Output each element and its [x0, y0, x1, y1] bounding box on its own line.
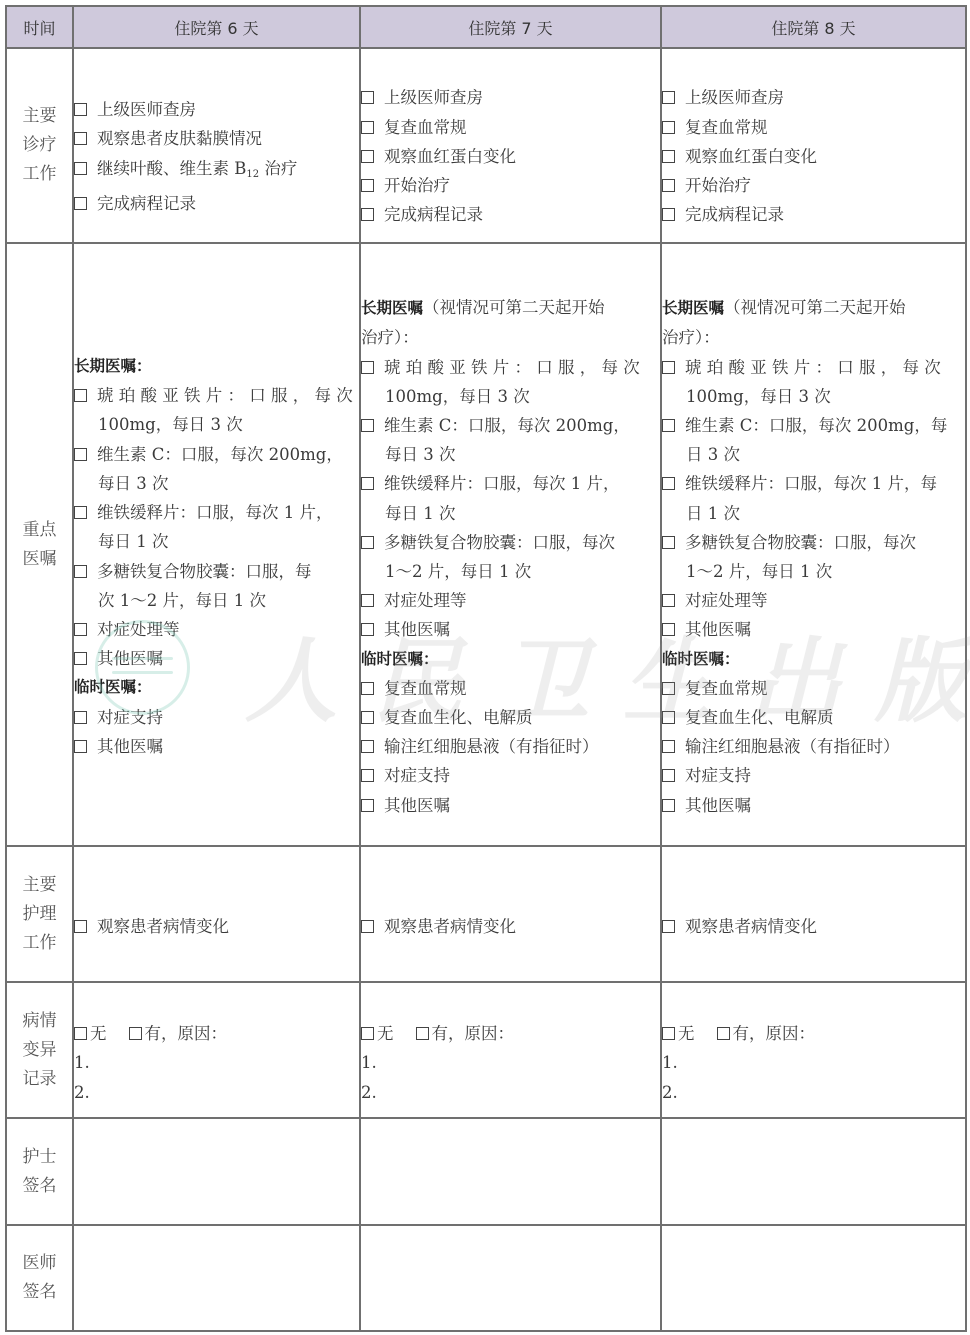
doctor-signature-day8[interactable]: [661, 1225, 966, 1331]
checkbox[interactable]: [662, 477, 675, 490]
order-item: 维铁缓释片：口服，每次 1 片，每日 1 次: [74, 498, 359, 556]
label-line: 主要: [7, 102, 72, 131]
item-text: 治疗: [259, 159, 297, 178]
checkbox[interactable]: [662, 91, 675, 104]
checkbox[interactable]: [74, 711, 87, 724]
checkbox[interactable]: [74, 389, 87, 402]
checkbox[interactable]: [361, 179, 374, 192]
checklist-item: 观察患者病情变化: [361, 912, 660, 941]
label-line: 病情: [7, 1007, 72, 1036]
order-item: 维铁缓释片：口服，每次 1 片，每日 1 次: [662, 469, 965, 527]
cell-main-diagnosis-day7: 上级医师查房 复查血常规 观察血红蛋白变化 开始治疗 完成病程记录: [360, 48, 661, 243]
item-text: 琥 珀 酸 亚 铁 片 ： 口 服 ， 每 次: [97, 386, 353, 405]
order-item: 其他医嘱: [662, 791, 965, 820]
item-text: 复查血常规: [384, 118, 467, 137]
checkbox[interactable]: [74, 652, 87, 665]
checklist-item: 上级医师查房: [662, 83, 965, 112]
item-text: 1～2 片，每日 1 次: [385, 562, 531, 581]
heading-note: （视情况可第二天起开始: [724, 298, 906, 317]
checkbox[interactable]: [361, 920, 374, 933]
reason-line-2[interactable]: 2.: [74, 1078, 359, 1107]
row-label-main-diagnosis: 主要 诊疗 工作: [6, 48, 73, 243]
item-text: 琥 珀 酸 亚 铁 片 ： 口 服 ， 每 次: [685, 358, 941, 377]
item-text: 1～2 片，每日 1 次: [686, 562, 832, 581]
cell-nursing-day7: 观察患者病情变化: [360, 846, 661, 982]
checkbox[interactable]: [361, 711, 374, 724]
row-nurse-signature: 护士 签名: [6, 1118, 966, 1225]
row-label-doctor-signature: 医师 签名: [6, 1225, 73, 1331]
checkbox-none[interactable]: [662, 1027, 675, 1040]
checkbox[interactable]: [361, 361, 374, 374]
order-item: 维生素 C：口服，每次 200mg，每日 3 次: [662, 411, 965, 469]
option-yes-label: 有，原因：: [432, 1024, 515, 1043]
temporary-orders-heading: 临时医嘱：: [74, 673, 359, 702]
order-item: 对症处理等: [361, 586, 660, 615]
checkbox[interactable]: [361, 623, 374, 636]
order-item: 复查血生化、电解质: [361, 703, 660, 732]
checklist-item: 上级医师查房: [74, 95, 359, 124]
checkbox-none[interactable]: [74, 1027, 87, 1040]
item-text: 其他医嘱: [384, 796, 450, 815]
variance-options: 无有，原因：: [74, 1019, 359, 1048]
label-line: 签名: [7, 1172, 72, 1201]
label-line: 工作: [7, 929, 72, 958]
heading-note: （视情况可第二天起开始: [423, 298, 605, 317]
nurse-signature-day6[interactable]: [73, 1118, 360, 1225]
checkbox[interactable]: [361, 594, 374, 607]
reason-line-1[interactable]: 1.: [74, 1048, 359, 1077]
header-row: 时间 住院第 6 天 住院第 7 天 住院第 8 天: [6, 6, 966, 48]
header-day-8: 住院第 8 天: [661, 6, 966, 48]
checkbox[interactable]: [74, 623, 87, 636]
order-item: 输注红细胞悬液（有指征时）: [662, 732, 965, 761]
checkbox[interactable]: [662, 799, 675, 812]
long-term-orders-heading: 长期医嘱（视情况可第二天起开始: [361, 293, 660, 323]
item-text: 每日 3 次: [98, 474, 169, 493]
item-text: 维铁缓释片：口服，每次 1 片，: [97, 503, 333, 522]
item-text: 100mg，每日 3 次: [686, 387, 831, 406]
checklist-item: 上级医师查房: [361, 83, 660, 112]
row-label-variance: 病情 变异 记录: [6, 982, 73, 1118]
order-item: 复查血生化、电解质: [662, 703, 965, 732]
item-text: 100mg，每日 3 次: [98, 415, 243, 434]
item-text: 多糖铁复合物胶囊：口服，每: [97, 562, 312, 581]
order-item: 复查血常规: [361, 674, 660, 703]
checkbox[interactable]: [662, 594, 675, 607]
checkbox[interactable]: [74, 103, 87, 116]
item-text: 观察患者病情变化: [384, 917, 516, 936]
label-line: 工作: [7, 160, 72, 189]
long-term-orders-heading: 长期医嘱：: [74, 352, 359, 381]
checkbox[interactable]: [74, 132, 87, 145]
checkbox[interactable]: [662, 150, 675, 163]
row-variance: 病情 变异 记录 无有，原因： 1. 2. 无有，原因： 1. 2. 无有，原因…: [6, 982, 966, 1118]
order-item: 对症支持: [74, 703, 359, 732]
subscript: 12: [246, 169, 259, 180]
checklist-item: 复查血常规: [662, 113, 965, 142]
reason-line-2[interactable]: 2.: [662, 1078, 965, 1107]
cell-main-diagnosis-day6: 上级医师查房 观察患者皮肤黏膜情况 继续叶酸、维生素 B12 治疗 完成病程记录: [73, 48, 360, 243]
nurse-signature-day7[interactable]: [360, 1118, 661, 1225]
label-line: 主要: [7, 871, 72, 900]
reason-line-1[interactable]: 1.: [361, 1048, 660, 1077]
checkbox[interactable]: [361, 682, 374, 695]
item-text: 对症处理等: [685, 591, 768, 610]
label-line: 护理: [7, 900, 72, 929]
row-label-key-orders: 重点 医嘱: [6, 243, 73, 846]
order-item: 多糖铁复合物胶囊：口服，每次 1～2 片，每日 1 次: [74, 557, 359, 615]
heading-text: 长期医嘱: [662, 299, 724, 317]
item-text: 维生素 C：口服，每次 200mg，每: [685, 416, 947, 435]
checkbox[interactable]: [662, 623, 675, 636]
label-line: 记录: [7, 1065, 72, 1094]
checkbox[interactable]: [662, 208, 675, 221]
temporary-orders-heading: 临时医嘱：: [361, 645, 660, 674]
order-item: 对症处理等: [662, 586, 965, 615]
long-term-orders-heading: 长期医嘱（视情况可第二天起开始: [662, 293, 965, 323]
nurse-signature-day8[interactable]: [661, 1118, 966, 1225]
variance-options: 无有，原因：: [662, 1019, 965, 1048]
item-text: 每日 1 次: [98, 532, 169, 551]
label-line: 医嘱: [7, 545, 72, 574]
item-text: 其他医嘱: [685, 620, 751, 639]
checklist-item: 完成病程记录: [361, 200, 660, 229]
item-text: 对症处理等: [384, 591, 467, 610]
cell-key-orders-day8: 长期医嘱（视情况可第二天起开始 治疗）： 琥 珀 酸 亚 铁 片 ： 口 服 ，…: [661, 243, 966, 846]
checkbox[interactable]: [361, 769, 374, 782]
item-text: 观察患者病情变化: [97, 917, 229, 936]
item-text: 日 1 次: [686, 504, 740, 523]
label-line: 诊疗: [7, 131, 72, 160]
checkbox-yes[interactable]: [416, 1027, 429, 1040]
item-text: 观察血红蛋白变化: [384, 147, 516, 166]
item-text: 上级医师查房: [97, 100, 196, 119]
checkbox[interactable]: [74, 506, 87, 519]
cell-variance-day6: 无有，原因： 1. 2.: [73, 982, 360, 1118]
row-label-nursing: 主要 护理 工作: [6, 846, 73, 982]
item-text: 对症支持: [685, 766, 751, 785]
order-item: 琥 珀 酸 亚 铁 片 ： 口 服 ， 每 次100mg，每日 3 次: [74, 381, 359, 439]
item-text: 日 3 次: [686, 445, 740, 464]
checklist-item: 完成病程记录: [74, 189, 359, 218]
item-text: 其他医嘱: [685, 796, 751, 815]
order-item: 对症支持: [662, 761, 965, 790]
item-text: 对症支持: [384, 766, 450, 785]
checklist-item: 观察血红蛋白变化: [361, 142, 660, 171]
checkbox[interactable]: [74, 920, 87, 933]
doctor-signature-day6[interactable]: [73, 1225, 360, 1331]
checkbox[interactable]: [662, 419, 675, 432]
order-item: 其他医嘱: [361, 615, 660, 644]
item-text: 100mg，每日 3 次: [385, 387, 530, 406]
order-item: 对症支持: [361, 761, 660, 790]
cell-main-diagnosis-day8: 上级医师查房 复查血常规 观察血红蛋白变化 开始治疗 完成病程记录: [661, 48, 966, 243]
cell-key-orders-day7: 长期医嘱（视情况可第二天起开始 治疗）： 琥 珀 酸 亚 铁 片 ： 口 服 ，…: [360, 243, 661, 846]
item-text: 完成病程记录: [97, 194, 196, 213]
item-text: 其他医嘱: [97, 737, 163, 756]
item-text: 复查血生化、电解质: [685, 708, 834, 727]
checkbox[interactable]: [74, 162, 87, 175]
row-key-orders: 重点 医嘱 长期医嘱： 琥 珀 酸 亚 铁 片 ： 口 服 ， 每 次100mg…: [6, 243, 966, 846]
item-text: 观察患者皮肤黏膜情况: [97, 129, 262, 148]
item-text: 维铁缓释片：口服，每次 1 片，每: [685, 474, 937, 493]
checkbox[interactable]: [74, 448, 87, 461]
item-text: 维生素 C：口服，每次 200mg，: [384, 416, 630, 435]
checkbox[interactable]: [662, 179, 675, 192]
item-text: 复查血生化、电解质: [384, 708, 533, 727]
item-text: 完成病程记录: [685, 205, 784, 224]
checklist-item: 观察患者病情变化: [662, 912, 965, 941]
checkbox[interactable]: [361, 150, 374, 163]
order-item: 复查血常规: [662, 674, 965, 703]
item-text: 开始治疗: [384, 176, 450, 195]
header-day-7: 住院第 7 天: [360, 6, 661, 48]
label-line: 重点: [7, 516, 72, 545]
checkbox[interactable]: [662, 769, 675, 782]
checkbox[interactable]: [361, 536, 374, 549]
checkbox[interactable]: [361, 91, 374, 104]
item-text: 上级医师查房: [685, 88, 784, 107]
variance-options: 无有，原因：: [361, 1019, 660, 1048]
item-text: 输注红细胞悬液（有指征时）: [384, 737, 599, 756]
checkbox[interactable]: [74, 197, 87, 210]
order-item: 输注红细胞悬液（有指征时）: [361, 732, 660, 761]
heading-note: 治疗）：: [662, 323, 965, 352]
checkbox[interactable]: [74, 740, 87, 753]
doctor-signature-day7[interactable]: [360, 1225, 661, 1331]
checklist-item: 继续叶酸、维生素 B12 治疗: [74, 154, 359, 189]
option-none-label: 无: [90, 1024, 107, 1043]
label-line: 签名: [7, 1278, 72, 1307]
item-text: 输注红细胞悬液（有指征时）: [685, 737, 900, 756]
order-item: 多糖铁复合物胶囊：口服，每次1～2 片，每日 1 次: [662, 528, 965, 586]
item-text: 复查血常规: [384, 679, 467, 698]
heading-note: 治疗）：: [361, 323, 660, 352]
item-text: 上级医师查房: [384, 88, 483, 107]
checkbox[interactable]: [662, 920, 675, 933]
order-item: 维生素 C：口服，每次 200mg，每日 3 次: [74, 440, 359, 498]
item-text: 琥 珀 酸 亚 铁 片 ： 口 服 ， 每 次: [384, 358, 640, 377]
order-item: 琥 珀 酸 亚 铁 片 ： 口 服 ， 每 次100mg，每日 3 次: [361, 353, 660, 411]
row-main-diagnosis: 主要 诊疗 工作 上级医师查房 观察患者皮肤黏膜情况 继续叶酸、维生素 B12 …: [6, 48, 966, 243]
order-item: 其他医嘱: [662, 615, 965, 644]
label-line: 变异: [7, 1036, 72, 1065]
order-item: 琥 珀 酸 亚 铁 片 ： 口 服 ， 每 次100mg，每日 3 次: [662, 353, 965, 411]
checkbox[interactable]: [662, 121, 675, 134]
heading-text: 长期医嘱: [361, 299, 423, 317]
checkbox[interactable]: [361, 477, 374, 490]
checkbox[interactable]: [361, 799, 374, 812]
order-item: 多糖铁复合物胶囊：口服，每次1～2 片，每日 1 次: [361, 528, 660, 586]
checkbox-yes[interactable]: [129, 1027, 142, 1040]
row-nursing: 主要 护理 工作 观察患者病情变化 观察患者病情变化 观察患者病情变化: [6, 846, 966, 982]
cell-variance-day8: 无有，原因： 1. 2.: [661, 982, 966, 1118]
order-item: 对症处理等: [74, 615, 359, 644]
option-none-label: 无: [678, 1024, 695, 1043]
item-text: 维生素 C：口服，每次 200mg，: [97, 445, 343, 464]
checkbox[interactable]: [361, 121, 374, 134]
item-text: 对症支持: [97, 708, 163, 727]
option-none-label: 无: [377, 1024, 394, 1043]
item-text: 多糖铁复合物胶囊：口服，每次: [685, 533, 916, 552]
checkbox[interactable]: [662, 536, 675, 549]
checkbox[interactable]: [662, 361, 675, 374]
checkbox-none[interactable]: [361, 1027, 374, 1040]
checklist-item: 观察患者皮肤黏膜情况: [74, 124, 359, 153]
order-item: 维铁缓释片：口服，每次 1 片，每日 1 次: [361, 469, 660, 527]
row-doctor-signature: 医师 签名: [6, 1225, 966, 1331]
item-text: 观察患者病情变化: [685, 917, 817, 936]
checkbox[interactable]: [361, 740, 374, 753]
order-item: 其他医嘱: [74, 732, 359, 761]
row-label-nurse-signature: 护士 签名: [6, 1118, 73, 1225]
header-day-6: 住院第 6 天: [73, 6, 360, 48]
cell-variance-day7: 无有，原因： 1. 2.: [360, 982, 661, 1118]
item-text: 维铁缓释片：口服，每次 1 片，: [384, 474, 620, 493]
item-text: 多糖铁复合物胶囊：口服，每次: [384, 533, 615, 552]
cell-key-orders-day6: 长期医嘱： 琥 珀 酸 亚 铁 片 ： 口 服 ， 每 次100mg，每日 3 …: [73, 243, 360, 846]
item-text: 次 1～2 片，每日 1 次: [98, 591, 266, 610]
checkbox[interactable]: [662, 711, 675, 724]
item-text: 每日 1 次: [385, 504, 456, 523]
checklist-item: 观察血红蛋白变化: [662, 142, 965, 171]
reason-line-2[interactable]: 2.: [361, 1078, 660, 1107]
item-text: 复查血常规: [685, 118, 768, 137]
checkbox[interactable]: [74, 565, 87, 578]
item-text: 完成病程记录: [384, 205, 483, 224]
checklist-item: 完成病程记录: [662, 200, 965, 229]
item-text: 每日 3 次: [385, 445, 456, 464]
label-line: 护士: [7, 1143, 72, 1172]
checkbox[interactable]: [361, 208, 374, 221]
order-item: 维生素 C：口服，每次 200mg，每日 3 次: [361, 411, 660, 469]
item-text: 观察血红蛋白变化: [685, 147, 817, 166]
label-line: 医师: [7, 1249, 72, 1278]
checkbox-yes[interactable]: [717, 1027, 730, 1040]
order-item: 其他医嘱: [361, 791, 660, 820]
option-yes-label: 有，原因：: [145, 1024, 228, 1043]
reason-line-1[interactable]: 1.: [662, 1048, 965, 1077]
header-time: 时间: [6, 6, 73, 48]
item-text: 其他医嘱: [97, 649, 163, 668]
checklist-item: 开始治疗: [662, 171, 965, 200]
order-item: 其他医嘱: [74, 644, 359, 673]
option-yes-label: 有，原因：: [733, 1024, 816, 1043]
item-text: 继续叶酸、维生素 B: [97, 159, 246, 178]
cell-nursing-day8: 观察患者病情变化: [661, 846, 966, 982]
checkbox[interactable]: [662, 740, 675, 753]
checkbox[interactable]: [662, 682, 675, 695]
item-text: 开始治疗: [685, 176, 751, 195]
checkbox[interactable]: [361, 419, 374, 432]
clinical-pathway-table: 时间 住院第 6 天 住院第 7 天 住院第 8 天 主要 诊疗 工作 上级医师…: [5, 5, 967, 1332]
checklist-item: 观察患者病情变化: [74, 912, 359, 941]
item-text: 复查血常规: [685, 679, 768, 698]
item-text: 对症处理等: [97, 620, 180, 639]
item-text: 其他医嘱: [384, 620, 450, 639]
cell-nursing-day6: 观察患者病情变化: [73, 846, 360, 982]
temporary-orders-heading: 临时医嘱：: [662, 645, 965, 674]
checklist-item: 开始治疗: [361, 171, 660, 200]
checklist-item: 复查血常规: [361, 113, 660, 142]
